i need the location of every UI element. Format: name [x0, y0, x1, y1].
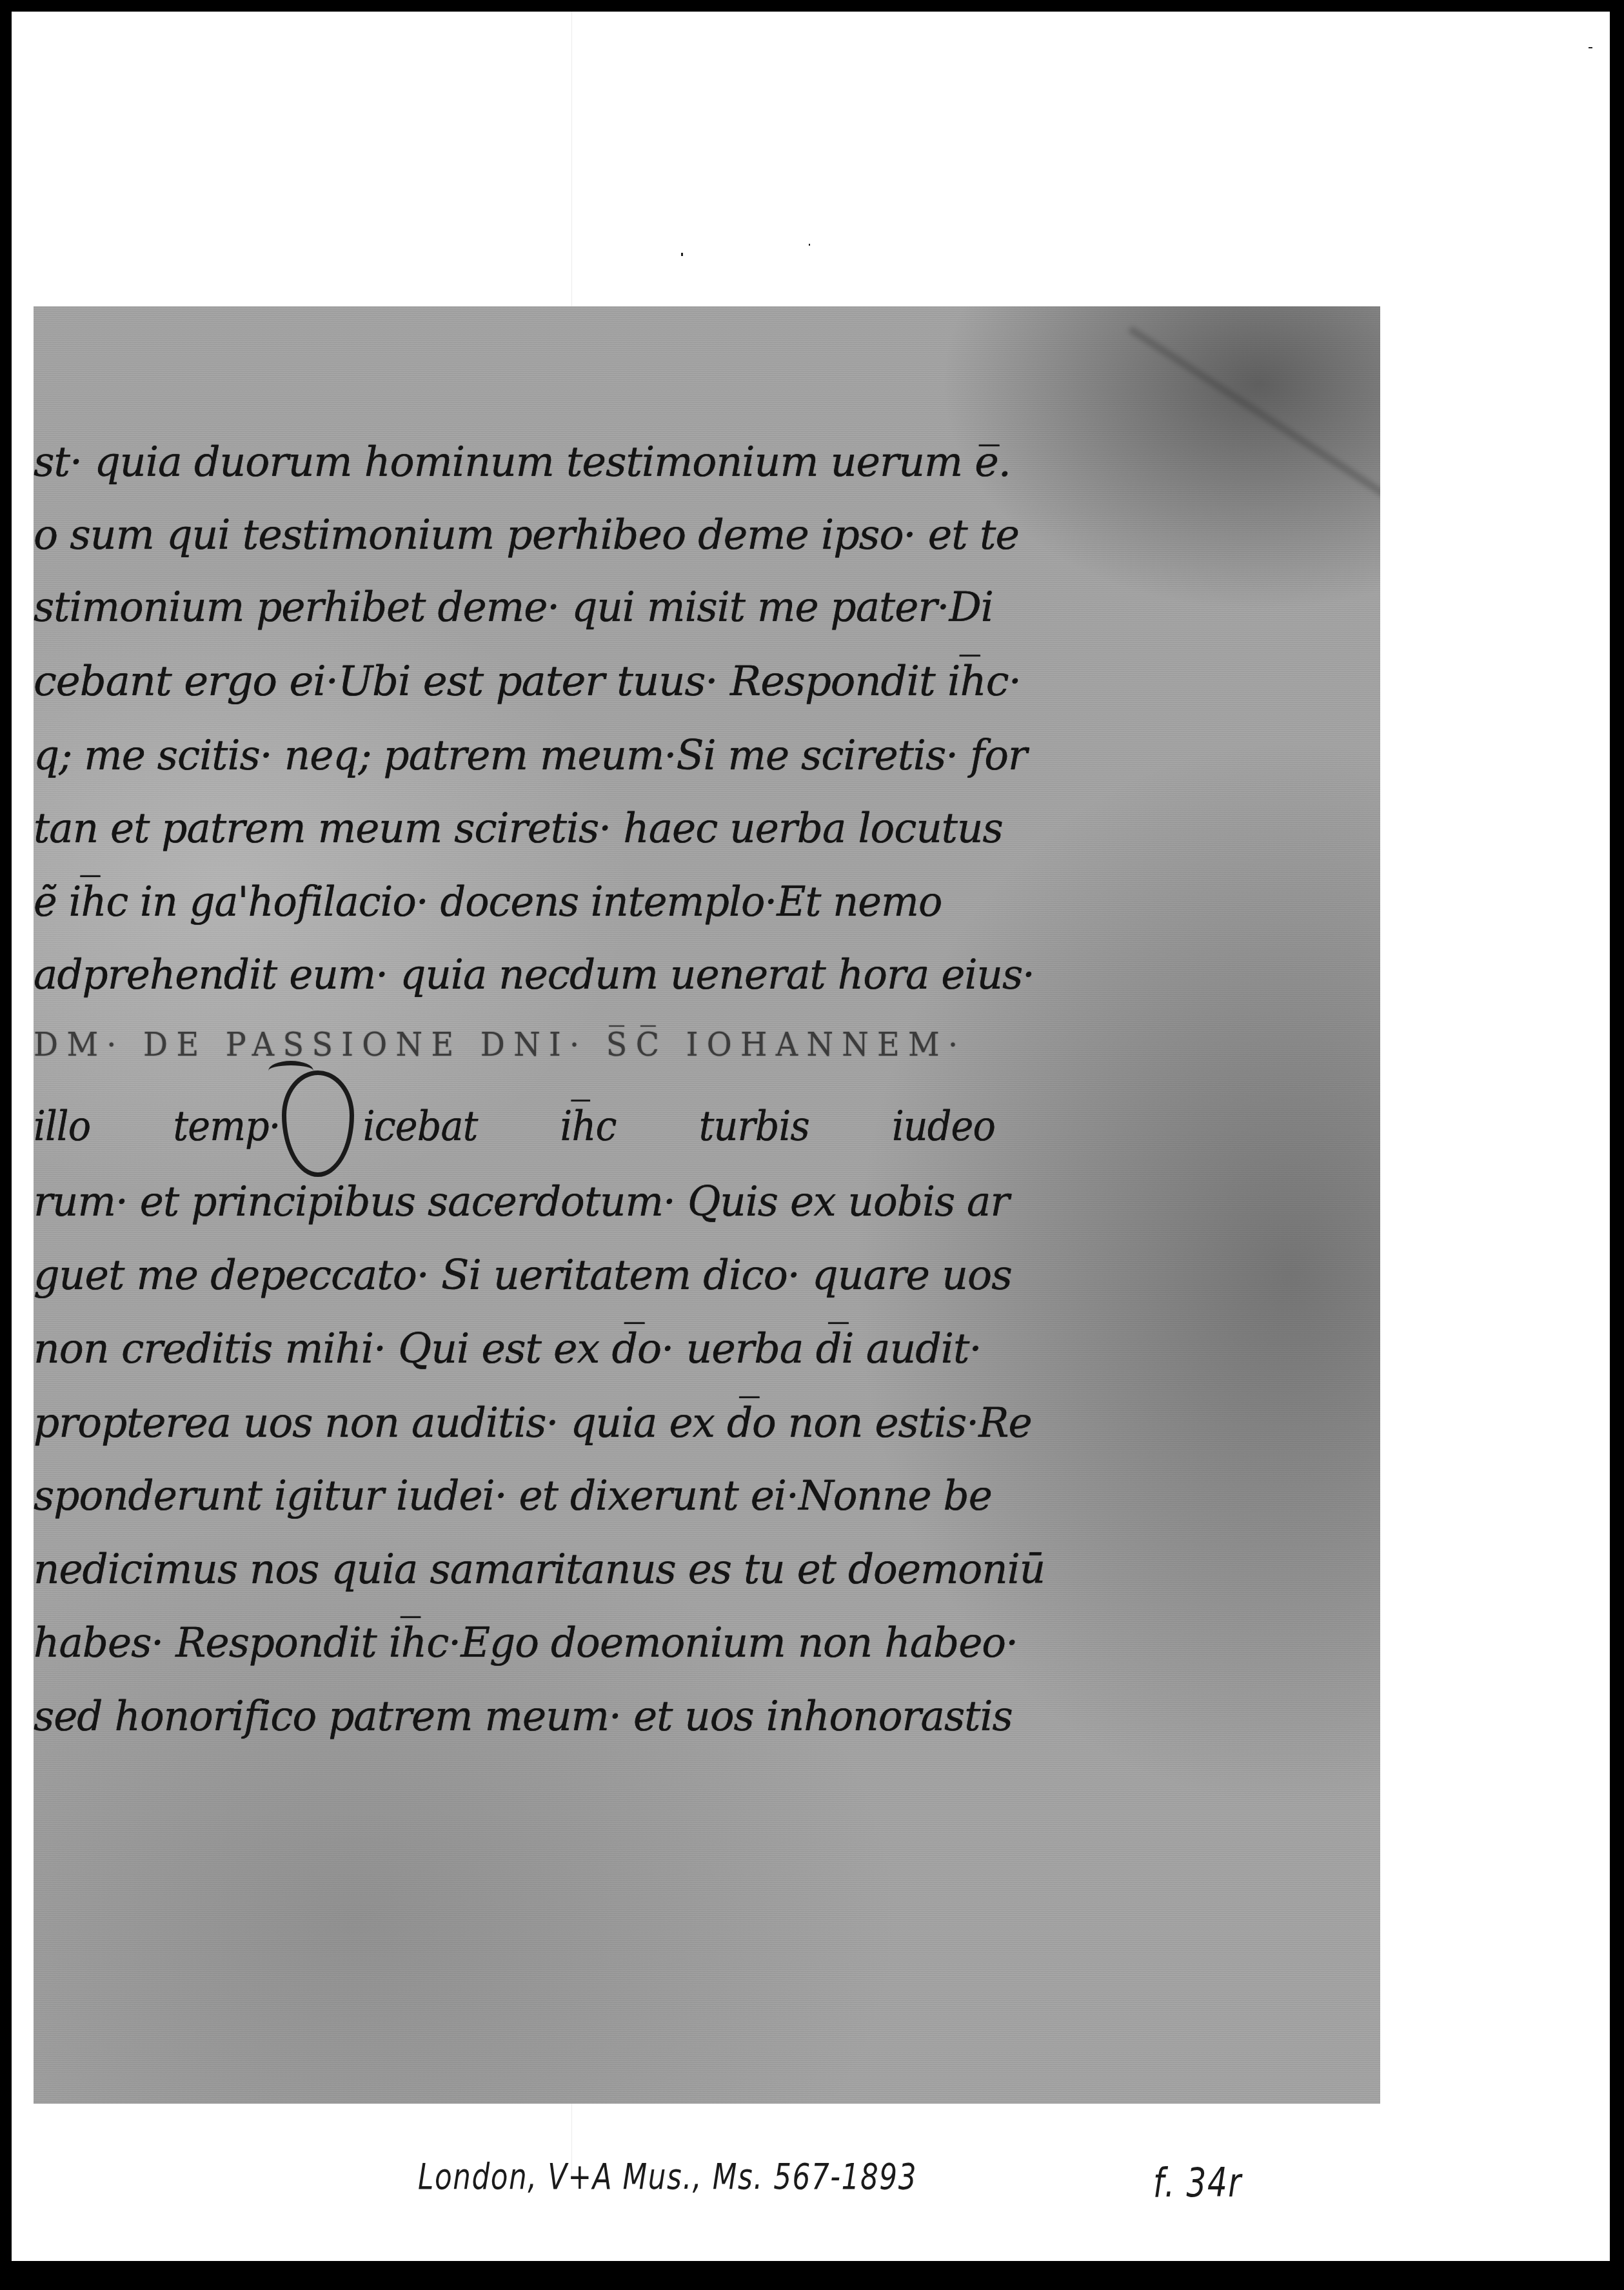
text-line-14: sponderunt igitur iudei· et dixerunt ei·…: [34, 1472, 992, 1520]
text-line-12: non creditis mihi· Qui est ex d̅o· uerba…: [34, 1325, 982, 1373]
text-line-15: nedicimus nos quia samaritanus es tu et …: [34, 1546, 1045, 1594]
initial-letter: D: [286, 1075, 287, 1076]
text-line-16: habes· Respondit ih̅c·Ego doemonium non …: [34, 1619, 1018, 1667]
text-line-9: illo temp· icebat ih̅c turbis iudeo: [34, 1103, 995, 1150]
text-line-11: guet me depeccato· Si ueritatem dico· qu…: [34, 1252, 1012, 1299]
scan-speck: [1589, 47, 1592, 48]
scanned-sheet: st· quia duorum hominum testimonium ueru…: [12, 12, 1610, 2261]
text-line-13: propterea uos non auditis· quia ex d̅o n…: [34, 1399, 1032, 1447]
text-line-6: tan et patrem meum sciretis· haec uerba …: [34, 805, 1003, 853]
shelfmark-annotation: London, V+A Mus., Ms. 567-1893: [418, 2156, 917, 2198]
text-line-17: sed honorifico patrem meum· et uos inhon…: [34, 1693, 1013, 1741]
text-line-10: rum· et principibus sacerdotum· Quis ex …: [34, 1178, 1009, 1226]
text-line-4: cebant ergo ei·Ubi est pater tuus· Respo…: [34, 658, 1021, 706]
manuscript-text: st· quia duorum hominum testimonium ueru…: [34, 306, 1380, 2104]
text-line-3: stimonium perhibet deme· qui misit me pa…: [34, 584, 993, 631]
text-line-1: st· quia duorum hominum testimonium ueru…: [34, 439, 1011, 486]
rubric-heading: DM· DE PASSIONE DNI· S̅C̅ IOHANNEM·: [34, 1026, 966, 1063]
text-line-2: o sum qui testimonium perhibeo deme ipso…: [34, 511, 1019, 559]
manuscript-leaf: st· quia duorum hominum testimonium ueru…: [34, 306, 1380, 2104]
folio-annotation: f. 34r: [1153, 2159, 1242, 2206]
scan-speck: [809, 244, 810, 246]
text-line-5: q; me scitis· neq; patrem meum·Si me sci…: [34, 732, 1027, 780]
text-line-8: adprehendit eum· quia necdum uenerat hor…: [34, 951, 1035, 999]
scan-speck: [681, 253, 683, 256]
text-line-7: ẽ ih̅c in ga'hofilacio· docens intemplo·…: [34, 878, 942, 926]
